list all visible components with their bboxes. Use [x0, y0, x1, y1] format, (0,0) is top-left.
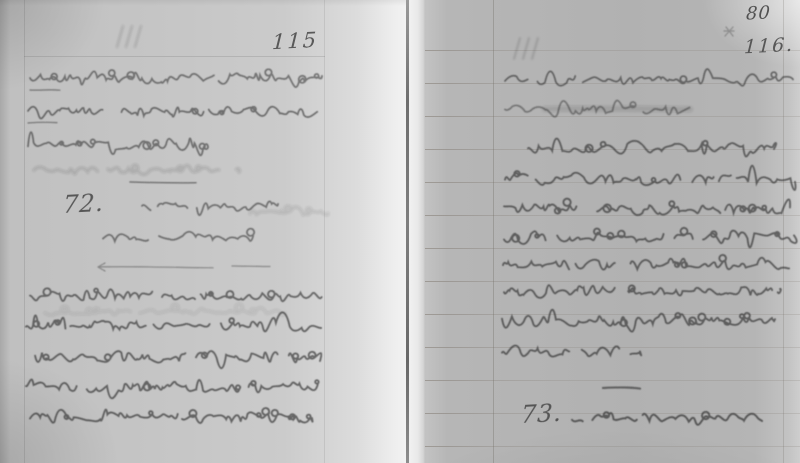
- left-divider-arrow-dash: [232, 266, 270, 267]
- left-para2-line3: [35, 351, 321, 368]
- right-para2-line8: [502, 346, 641, 357]
- showthrough-ink-group: [34, 26, 690, 315]
- right-para2-line1: [528, 139, 776, 157]
- left-showthrough-1: [34, 165, 240, 174]
- right-para2-line5: [503, 255, 789, 270]
- left-para1-line2: [28, 107, 317, 119]
- right-asterisk-mark: [724, 27, 734, 36]
- left-para1-line3: [28, 132, 208, 155]
- left-corner-pencil-marks: [117, 26, 141, 47]
- left-para2-line5: [30, 408, 313, 423]
- right-heading-73-text: [572, 412, 762, 425]
- right-page-number: 116.: [743, 34, 794, 59]
- right-ink-smear: [545, 109, 690, 110]
- manuscript-scan: 115 80 116. 72. 73.: [0, 0, 800, 463]
- left-showthrough-3: [45, 304, 285, 315]
- left-para1-line2-underline: [28, 122, 57, 123]
- left-para1-line1: [30, 69, 322, 87]
- left-para2-line1: [30, 288, 322, 301]
- handwriting-ink-layer: [0, 0, 800, 463]
- right-para2-line3: [504, 199, 790, 215]
- right-para2-line2: [505, 166, 796, 190]
- left-para2-line4: [26, 380, 319, 399]
- section-number-73: 73.: [520, 399, 563, 429]
- right-para1-line1: [505, 69, 793, 86]
- left-page-number: 115: [271, 28, 318, 55]
- right-corner-pencil-marks: [514, 38, 538, 59]
- right-para2-line4: [504, 228, 797, 248]
- left-para2-line2: [26, 312, 321, 331]
- right-para2-line6: [504, 285, 781, 298]
- left-showthrough-2: [250, 206, 328, 215]
- left-divider-1: [130, 182, 196, 183]
- left-heading-72-line2: [103, 229, 254, 242]
- folio-number: 80: [745, 2, 771, 24]
- section-number-72: 72.: [62, 189, 105, 219]
- main-ink-group: [26, 27, 797, 425]
- right-para2-line7: [502, 310, 775, 332]
- left-divider-arrow: [98, 263, 213, 271]
- right-divider: [603, 387, 640, 388]
